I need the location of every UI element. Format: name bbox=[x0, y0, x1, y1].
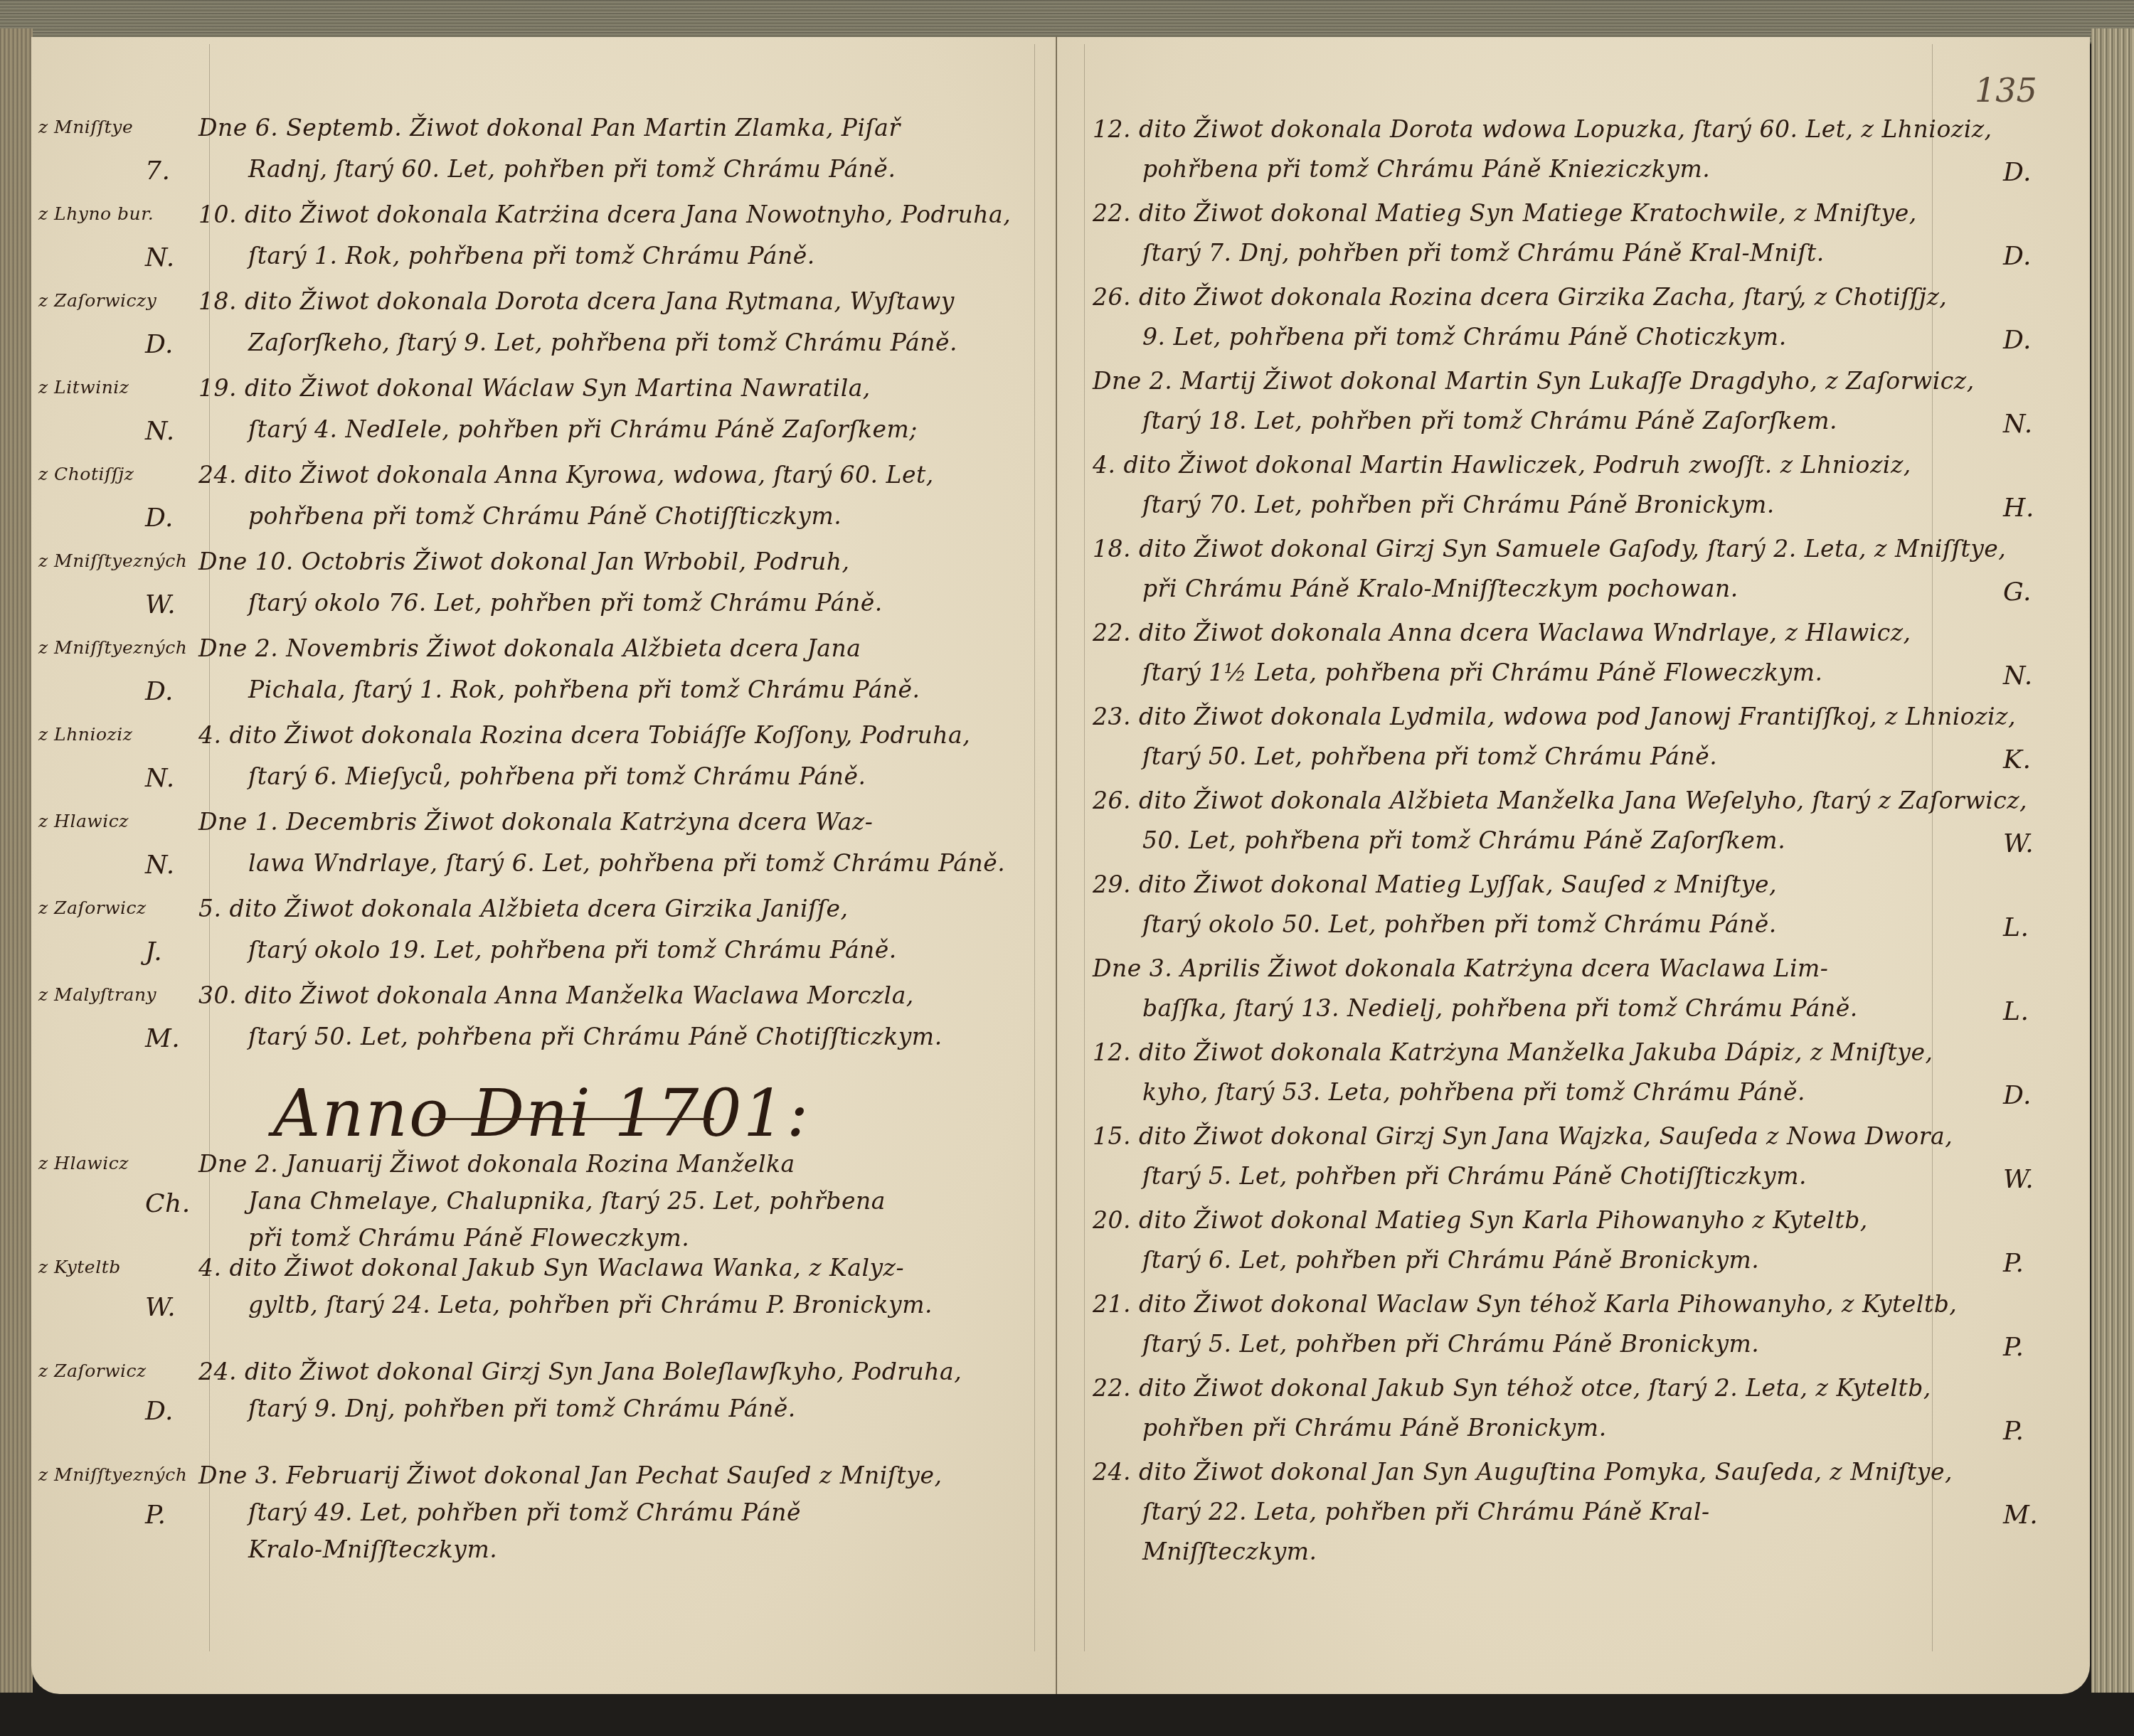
entry-first-line: 30. dito Žiwot dokonala Anna Manželka Wa… bbox=[198, 981, 914, 1009]
entry-continuation-line: ſtarý 22. Leta, pohřben při Chrámu Páně … bbox=[1142, 1498, 1710, 1525]
margin-initial: N. bbox=[145, 851, 175, 880]
margin-rule-right bbox=[1034, 44, 1035, 1651]
left-page: z Mniſſtye7.Dne 6. Septemb. Žiwot dokona… bbox=[31, 37, 1057, 1694]
entry-first-line: 18. dito Žiwot dokonal Girzj Syn Samuele… bbox=[1093, 535, 2006, 563]
entry-first-line: 4. dito Žiwot dokonala Rozina dcera Tobi… bbox=[198, 721, 970, 749]
margin-village: z Mniſſtyezných bbox=[38, 550, 187, 571]
margin-initial: N. bbox=[145, 417, 175, 446]
entry-continuation-line: ſtarý 9. Dnj, pohřben při tomž Chrámu Pá… bbox=[248, 1395, 796, 1422]
margin-initial: N. bbox=[2003, 410, 2033, 439]
entry-first-line: 20. dito Žiwot dokonal Matieg Syn Karla … bbox=[1093, 1206, 1868, 1234]
entry-first-line: 26. dito Žiwot dokonala Alžbieta Manželk… bbox=[1093, 787, 2027, 814]
entry-continuation-line: ſtarý 50. Let, pohřbena při tomž Chrámu … bbox=[1142, 742, 1717, 770]
entry-first-line: Dne 3. Februarij Žiwot dokonal Jan Pecha… bbox=[198, 1461, 942, 1489]
entry-first-line: 5. dito Žiwot dokonala Alžbieta dcera Gi… bbox=[198, 895, 849, 922]
entry-first-line: 18. dito Žiwot dokonala Dorota dcera Jan… bbox=[198, 287, 955, 315]
margin-initial: D. bbox=[145, 1397, 174, 1426]
margin-village: z Zaſorwicz bbox=[38, 1360, 147, 1381]
entry-continuation-line: ſtarý 49. Let, pohřben při tomž Chrámu P… bbox=[248, 1498, 801, 1526]
margin-initial: D. bbox=[2003, 158, 2032, 187]
entry-first-line: 4. dito Žiwot dokonal Jakub Syn Waclawa … bbox=[198, 1254, 904, 1282]
entry-first-line: 12. dito Žiwot dokonala Dorota wdowa Lop… bbox=[1093, 115, 1992, 143]
entry-continuation-line: ſtarý okolo 50. Let, pohřben při tomž Ch… bbox=[1142, 910, 1777, 938]
margin-initial: 7. bbox=[145, 156, 170, 186]
margin-initial: P. bbox=[2003, 1417, 2024, 1446]
entry-continuation-line: ſtarý 70. Let, pohřben při Chrámu Páně B… bbox=[1142, 491, 1775, 518]
entry-first-line: Dne 3. Aprilis Žiwot dokonala Katrżyna d… bbox=[1093, 954, 1829, 982]
entry-continuation-line: při tomž Chrámu Páně Floweczkym. bbox=[248, 1224, 689, 1252]
entry-first-line: Dne 2. Martij Žiwot dokonal Martin Syn L… bbox=[1093, 367, 1975, 395]
entry-first-line: 24. dito Žiwot dokonal Girzj Syn Jana Bo… bbox=[198, 1358, 962, 1385]
margin-initial: G. bbox=[2003, 577, 2032, 607]
entry-continuation-line: ſtarý okolo 76. Let, pohřben při tomž Ch… bbox=[248, 589, 883, 617]
entry-first-line: 12. dito Žiwot dokonala Katrżyna Manželk… bbox=[1093, 1038, 1933, 1066]
margin-village: z Mniſſtyezných bbox=[38, 637, 187, 658]
margin-initial: P. bbox=[2003, 1333, 2024, 1362]
entry-continuation-line: ſtarý 1½ Leta, pohřbena při Chrámu Páně … bbox=[1142, 659, 1822, 686]
margin-initial: D. bbox=[2003, 242, 2032, 271]
margin-initial: N. bbox=[145, 764, 175, 793]
margin-village: z Mniſſtye bbox=[38, 117, 133, 137]
margin-village: z Litwiniz bbox=[38, 377, 129, 398]
entry-first-line: Dne 10. Octobris Žiwot dokonal Jan Wrbob… bbox=[198, 548, 850, 575]
entry-continuation-line: pohřbena při tomž Chrámu Páně Knieziczky… bbox=[1142, 155, 1710, 183]
book-left-page-edges bbox=[0, 28, 33, 1693]
entry-continuation-line: ſtarý 6. Let, pohřben při Chrámu Páně Br… bbox=[1142, 1246, 1759, 1274]
margin-initial: D. bbox=[145, 330, 174, 359]
right-page: 135 D.12. dito Žiwot dokonala Dorota wdo… bbox=[1057, 37, 2090, 1694]
entry-first-line: 4. dito Žiwot dokonal Martin Hawliczek, … bbox=[1093, 451, 1911, 479]
margin-initial: D. bbox=[2003, 326, 2032, 355]
margin-initial: K. bbox=[2003, 745, 2031, 774]
book-right-page-edges bbox=[2091, 28, 2134, 1693]
margin-village: z Hlawicz bbox=[38, 811, 129, 831]
entry-first-line: 24. dito Žiwot dokonal Jan Syn Auguſtina… bbox=[1093, 1458, 1953, 1486]
entry-continuation-line: ſtarý 6. Mieſyců, pohřbena při tomž Chrá… bbox=[248, 762, 866, 790]
margin-village: z Malyſtrany bbox=[38, 984, 156, 1005]
margin-initial: L. bbox=[2003, 997, 2029, 1026]
entry-continuation-line: baſſka, ſtarý 13. Nedielj, pohřbena při … bbox=[1142, 994, 1858, 1022]
entry-continuation-line: ſtarý okolo 19. Let, pohřbena při tomž C… bbox=[248, 936, 897, 964]
entry-first-line: 19. dito Žiwot dokonal Wáclaw Syn Martin… bbox=[198, 374, 871, 402]
entry-continuation-line: Radnj, ſtarý 60. Let, pohřben při tomž C… bbox=[248, 155, 896, 183]
entry-continuation-line: lawa Wndrlaye, ſtarý 6. Let, pohřbena př… bbox=[248, 849, 1005, 877]
margin-initial: N. bbox=[2003, 661, 2033, 691]
margin-initial: J. bbox=[145, 937, 162, 966]
entry-first-line: Dne 1. Decembris Žiwot dokonala Katrżyna… bbox=[198, 808, 873, 836]
entry-continuation-line: Pichala, ſtarý 1. Rok, pohřbena při tomž… bbox=[248, 676, 920, 703]
entry-continuation-line: ſtarý 18. Let, pohřben při tomž Chrámu P… bbox=[1142, 407, 1837, 435]
margin-village: z Hlawicz bbox=[38, 1153, 129, 1173]
entry-first-line: Dne 6. Septemb. Žiwot dokonal Pan Martin… bbox=[198, 114, 901, 142]
entry-continuation-line: při Chrámu Páně Kralo-Mniſſteczkym pocho… bbox=[1142, 575, 1738, 602]
entry-continuation-line: ſtarý 50. Let, pohřbena při Chrámu Páně … bbox=[248, 1023, 943, 1050]
margin-initial: W. bbox=[2003, 1165, 2034, 1194]
margin-village: z Kyteltb bbox=[38, 1257, 121, 1277]
margin-initial: Ch. bbox=[145, 1189, 191, 1218]
margin-village: z Zaſorwicz bbox=[38, 898, 147, 918]
entry-continuation-line: ſtarý 4. NedIele, pohřben při Chrámu Pán… bbox=[248, 415, 918, 443]
margin-initial: N. bbox=[145, 243, 175, 272]
entry-first-line: 24. dito Žiwot dokonala Anna Kyrowa, wdo… bbox=[198, 461, 934, 489]
entry-continuation-line: ſtarý 5. Let, pohřben při Chrámu Páně Ch… bbox=[1142, 1162, 1807, 1190]
margin-initial: L. bbox=[2003, 913, 2029, 942]
margin-village: z Zaſorwiczy bbox=[38, 290, 156, 311]
entry-continuation-line: Kralo-Mniſſteczkym. bbox=[248, 1535, 497, 1563]
margin-rule bbox=[1084, 44, 1085, 1651]
margin-village: z Lhnioziz bbox=[38, 724, 132, 745]
book-spread: z Mniſſtye7.Dne 6. Septemb. Žiwot dokona… bbox=[0, 0, 2134, 1736]
entry-first-line: 21. dito Žiwot dokonal Waclaw Syn téhož … bbox=[1093, 1290, 1957, 1318]
margin-initial: W. bbox=[2003, 829, 2034, 858]
entry-continuation-line: kyho, ſtarý 53. Leta, pohřbena při tomž … bbox=[1142, 1078, 1805, 1106]
folio-number: 135 bbox=[1975, 71, 2037, 110]
entry-first-line: Dne 2. Novembris Žiwot dokonala Alžbieta… bbox=[198, 634, 861, 662]
entry-continuation-line: gyltb, ſtarý 24. Leta, pohřben při Chrám… bbox=[248, 1291, 933, 1319]
margin-rule bbox=[209, 44, 210, 1651]
entry-first-line: 10. dito Žiwot dokonala Katrżina dcera J… bbox=[198, 201, 1011, 228]
year-heading: Anno Dni 1701: bbox=[273, 1075, 809, 1151]
entry-first-line: 26. dito Žiwot dokonala Rozina dcera Gir… bbox=[1093, 283, 1947, 311]
entry-first-line: 22. dito Žiwot dokonala Anna dcera Wacla… bbox=[1093, 619, 1911, 646]
entry-first-line: 23. dito Žiwot dokonala Lydmila, wdowa p… bbox=[1093, 703, 2016, 730]
margin-village: z Mniſſtyezných bbox=[38, 1464, 187, 1485]
margin-initial: M. bbox=[2003, 1501, 2038, 1530]
margin-initial: H. bbox=[2003, 494, 2034, 523]
entry-first-line: 15. dito Žiwot dokonal Girzj Syn Jana Wa… bbox=[1093, 1122, 1953, 1150]
entry-continuation-line: pohřben při Chrámu Páně Bronickym. bbox=[1142, 1414, 1607, 1442]
entry-continuation-line: Zaſorſkeho, ſtarý 9. Let, pohřbena při t… bbox=[248, 329, 957, 356]
margin-initial: D. bbox=[145, 677, 174, 706]
margin-initial: W. bbox=[145, 1293, 176, 1322]
entry-first-line: Dne 2. Januarij Žiwot dokonala Rozina Ma… bbox=[198, 1150, 795, 1178]
entry-continuation-line: 9. Let, pohřbena při tomž Chrámu Páně Ch… bbox=[1142, 323, 1787, 351]
entry-first-line: 29. dito Žiwot dokonal Matieg Lyſſak, Sa… bbox=[1093, 870, 1777, 898]
margin-initial: D. bbox=[2003, 1081, 2032, 1110]
entry-first-line: 22. dito Žiwot dokonal Matieg Syn Matieg… bbox=[1093, 199, 1917, 227]
margin-initial: P. bbox=[145, 1501, 166, 1530]
year-heading-flourish bbox=[430, 1118, 714, 1120]
entry-continuation-line: 50. Let, pohřbena při tomž Chrámu Páně Z… bbox=[1142, 826, 1785, 854]
margin-village: z Chotiſſjz bbox=[38, 464, 134, 484]
entry-continuation-line: ſtarý 1. Rok, pohřbena při tomž Chrámu P… bbox=[248, 242, 815, 270]
entry-continuation-line: Mniſſteczkym. bbox=[1142, 1538, 1317, 1565]
entry-continuation-line: pohřbena při tomž Chrámu Páně Chotiſſtic… bbox=[248, 502, 842, 530]
entry-continuation-line: ſtarý 7. Dnj, pohřben při tomž Chrámu Pá… bbox=[1142, 239, 1825, 267]
margin-initial: W. bbox=[145, 590, 176, 619]
entry-continuation-line: Jana Chmelaye, Chalupnika, ſtarý 25. Let… bbox=[248, 1187, 886, 1215]
margin-initial: P. bbox=[2003, 1249, 2024, 1278]
entry-first-line: 22. dito Žiwot dokonal Jakub Syn téhož o… bbox=[1093, 1374, 1931, 1402]
margin-village: z Lhyno bur. bbox=[38, 203, 154, 224]
margin-initial: M. bbox=[145, 1024, 180, 1053]
entry-continuation-line: ſtarý 5. Let, pohřben při Chrámu Páně Br… bbox=[1142, 1330, 1759, 1358]
margin-initial: D. bbox=[145, 504, 174, 533]
